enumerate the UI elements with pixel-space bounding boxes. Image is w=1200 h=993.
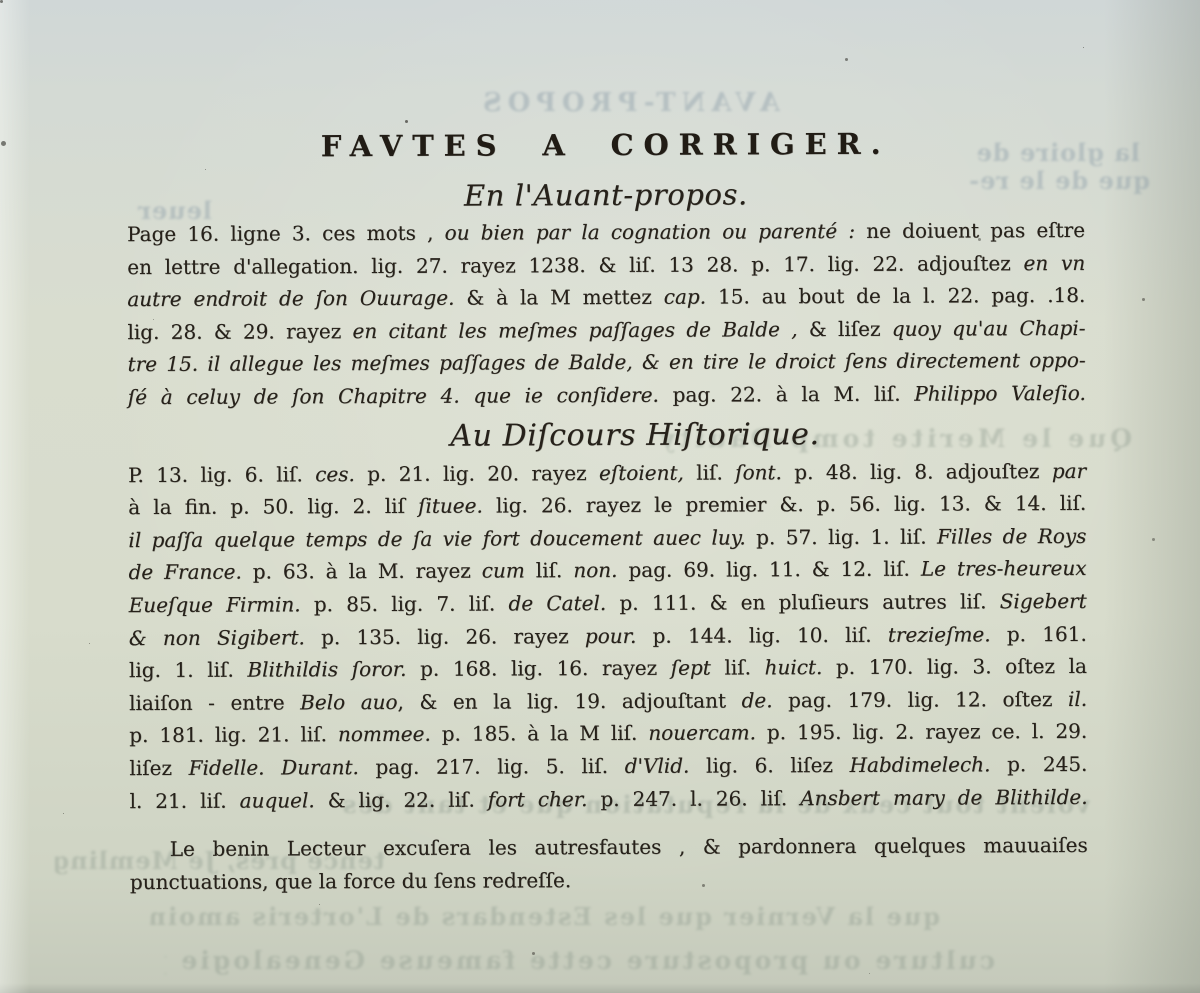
section-heading-discours-historique: Au Diſcours Hiſtorique. [128, 415, 1086, 454]
correction-text-italic: & non Sigibert. [129, 625, 321, 650]
correction-text-italic: quoy qu'au Chapi- [892, 316, 1086, 341]
correction-text-italic: Blithildis ſoror. [247, 657, 420, 682]
correction-text-italic: en vn [1023, 251, 1085, 275]
correction-text-italic: autre endroit de ſon Ouurage. [127, 286, 466, 311]
correction-text-italic: eſtoient, [599, 460, 696, 484]
correction-text-italic: non. [573, 558, 628, 582]
correction-text-italic: Filles de Roys [937, 524, 1086, 549]
reference-text-roman: lig. 28. & 29. rayez [127, 319, 352, 344]
correction-text-italic: Ansbert mary de Blithilde. [800, 784, 1087, 809]
text-line: lig. 28. & 29. rayez en citant les meſme… [127, 312, 1085, 349]
text-line: & non Sigibert. p. 135. lig. 26. rayez p… [129, 617, 1087, 654]
correction-text-italic: auquel. [240, 788, 328, 812]
reference-text-roman: lig. 26. rayez le premier &. p. 56. lig.… [496, 491, 1086, 518]
correction-text-italic: ſont. [735, 460, 794, 484]
reference-text-roman: ne doiuent pas eſtre [866, 218, 1085, 243]
reference-text-roman: lig. 1. liſ. [129, 658, 248, 683]
reference-text-roman: liſez [129, 756, 188, 780]
reference-text-roman: p. 245. [1007, 752, 1087, 776]
text-line: Page 16. ligne 3. ces mots , ou bien par… [127, 214, 1085, 251]
reference-text-roman: l. 21. liſ. [129, 788, 239, 812]
book-page-photo: AVANT-PROPOSla gloire deque de le re-leu… [0, 0, 1200, 993]
reference-text-roman: & lig. 22. liſ. [328, 787, 488, 812]
reference-text-roman: p. 185. à la M liſ. [442, 721, 649, 746]
reference-text-roman: pag. 69. lig. 11. & 12. liſ. [628, 557, 920, 582]
dust-specks [0, 0, 3, 3]
text-line: à la fin. p. 50. lig. 2. liſ ſituee. lig… [128, 487, 1086, 524]
closing-note: Le benin Lecteur excuſera les autresfaut… [130, 829, 1088, 898]
reference-text-roman: p. 247. l. 26. liſ. [600, 786, 800, 811]
correction-text-italic: huict. [765, 655, 836, 679]
reference-text-roman: pag. 179. lig. 12. oſtez [788, 687, 1068, 712]
reference-text-roman: 15. au bout de la l. 22. pag. .18. [718, 283, 1085, 309]
correction-text-italic: il. [1068, 687, 1087, 711]
text-line: de France. p. 63. à la M. rayez cum liſ.… [128, 552, 1086, 589]
ghost-text-line: que la Vernier que les Estendars de L'or… [150, 902, 940, 931]
text-line: lig. 1. liſ. Blithildis ſoror. p. 168. l… [129, 650, 1087, 687]
text-line: liaiſon - entre Belo auo, & en la lig. 1… [129, 683, 1087, 720]
reference-text-roman: Le benin Lecteur excuſera les autresfaut… [170, 833, 1088, 861]
text-line: tre 15. il allegue les meſmes paſſages d… [128, 344, 1086, 381]
text-line: autre endroit de ſon Ouurage. & à la M m… [127, 279, 1085, 316]
reference-text-roman: p. 181. lig. 21. liſ. [129, 722, 338, 747]
text-line: l. 21. liſ. auquel. & lig. 22. liſ. fort… [129, 780, 1087, 817]
reference-text-roman: pag. 217. lig. 5. liſ. [375, 754, 624, 779]
page-title: FAVTES A CORRIGER. [127, 126, 1085, 164]
reference-text-roman: p. 170. lig. 3. oſtez la [836, 654, 1087, 679]
correction-text-italic: ces. [315, 462, 367, 486]
reference-text-roman: p. 195. lig. 2. rayez ce. l. 29. [767, 719, 1087, 744]
reference-text-roman: liſ. [724, 655, 764, 679]
correction-text-italic: nommee. [338, 722, 442, 746]
correction-text-italic: ſept [671, 656, 725, 680]
text-line: Eueſque Firmin. p. 85. lig. 7. liſ. de C… [129, 585, 1087, 622]
correction-text-italic: ſituee. [418, 494, 496, 518]
reference-text-roman: & liſez [809, 317, 892, 341]
correction-text-italic: ſé à celuy de ſon Chapitre 4. que ie con… [128, 383, 673, 409]
errata-paragraph-avant-propos: Page 16. ligne 3. ces mots , ou bien par… [127, 214, 1086, 414]
correction-text-italic: de France. [128, 560, 252, 585]
correction-text-italic: Sigebert [1000, 589, 1087, 613]
text-line: il paſſa quelque temps de ſa vie fort do… [128, 520, 1086, 557]
reference-text-roman: p. 111. & en pluſieurs autres liſ. [619, 589, 999, 615]
correction-text-italic: fort cher. [488, 787, 601, 811]
text-line: ſé à celuy de ſon Chapitre 4. que ie con… [128, 377, 1086, 414]
reference-text-roman: p. 57. lig. 1. liſ. [756, 524, 937, 549]
reference-text-roman: Page 16. ligne 3. ces mots , [127, 221, 445, 246]
reference-text-roman: p. 161. [1007, 621, 1087, 645]
reference-text-roman: p. 21. lig. 20. rayez [367, 461, 599, 486]
reference-text-roman: p. 63. à la M. rayez [253, 559, 482, 584]
correction-text-italic: nouercam. [648, 721, 767, 746]
text-line: p. 181. lig. 21. liſ. nommee. p. 185. à … [129, 715, 1087, 752]
reference-text-roman: p. 168. lig. 16. rayez [420, 656, 671, 681]
reference-text-roman: , & en la lig. 19. adjouſtant [397, 688, 741, 714]
correction-text-italic: cap. [664, 285, 718, 309]
errata-page: FAVTES A CORRIGER. En l'Auant-propos. Pa… [126, 0, 1088, 898]
reference-text-roman: & à la M mettez [466, 285, 664, 310]
section-heading-avant-propos: En l'Auant-propos. [127, 176, 1085, 214]
correction-text-italic: pour. [585, 623, 653, 647]
reference-text-roman: P. 13. lig. 6. liſ. [128, 462, 315, 487]
reference-text-roman: p. 48. lig. 8. adjouſtez [794, 459, 1052, 484]
reference-text-roman: p. 144. lig. 10. liſ. [653, 622, 888, 647]
correction-text-italic: Habdimelech. [850, 752, 1008, 777]
reference-text-roman: lig. 6. liſez [706, 753, 850, 778]
text-line: Le benin Lecteur excuſera les autresfaut… [130, 829, 1088, 866]
correction-text-italic: Belo auo [300, 690, 397, 714]
text-line: en lettre d'allegation. lig. 27. rayez 1… [127, 247, 1085, 284]
correction-text-italic: Eueſque Firmin. [129, 592, 314, 617]
correction-text-italic: tre 15. il allegue les meſmes paſſages d… [128, 348, 1086, 376]
reference-text-roman: p. 135. lig. 26. rayez [321, 624, 585, 649]
text-line: liſez Fidelle. Durant. pag. 217. lig. 5.… [129, 748, 1087, 785]
correction-text-italic: par [1052, 458, 1086, 482]
errata-paragraph-discours-historique: P. 13. lig. 6. liſ. ces. p. 21. lig. 20.… [128, 454, 1088, 817]
correction-text-italic: d'Vlid. [625, 753, 706, 777]
text-line: punctuations, que la force du ſens redre… [130, 862, 1088, 899]
correction-text-italic: ou bien par la cognation ou parenté : [445, 219, 867, 245]
ghost-text-line: culture ou proposture cette fameuse Gene… [165, 946, 995, 975]
correction-text-italic: Philippo Valeſio. [914, 381, 1086, 406]
reference-text-roman: punctuations, que la force du ſens redre… [130, 868, 571, 894]
correction-text-italic: il paſſa quelque temps de ſa vie fort do… [128, 525, 756, 552]
reference-text-roman: p. 85. lig. 7. liſ. [314, 591, 509, 616]
reference-text-roman: liaiſon - entre [129, 690, 300, 715]
section-discours-historique: Au Diſcours Hiſtorique. P. 13. lig. 6. l… [128, 415, 1088, 817]
correction-text-italic: de. [741, 688, 788, 712]
reference-text-roman: pag. 22. à la M. liſ. [673, 382, 915, 407]
section-avant-propos: En l'Auant-propos. Page 16. ligne 3. ces… [127, 176, 1086, 414]
reference-text-roman: liſ. [536, 558, 574, 582]
correction-text-italic: de Catel. [508, 591, 619, 615]
correction-text-italic: Le tres-heureux [921, 556, 1087, 581]
correction-text-italic: cum [482, 559, 536, 583]
reference-text-roman: liſ. [696, 460, 735, 484]
reference-text-roman: à la fin. p. 50. lig. 2. liſ [128, 494, 418, 519]
text-line: P. 13. lig. 6. liſ. ces. p. 21. lig. 20.… [128, 454, 1086, 491]
correction-text-italic: en citant les meſmes paſſages de Balde , [352, 317, 808, 343]
correction-text-italic: Fidelle. Durant. [189, 755, 376, 780]
correction-text-italic: trezieſme. [888, 622, 1007, 647]
reference-text-roman: en lettre d'allegation. lig. 27. rayez 1… [127, 251, 1023, 279]
